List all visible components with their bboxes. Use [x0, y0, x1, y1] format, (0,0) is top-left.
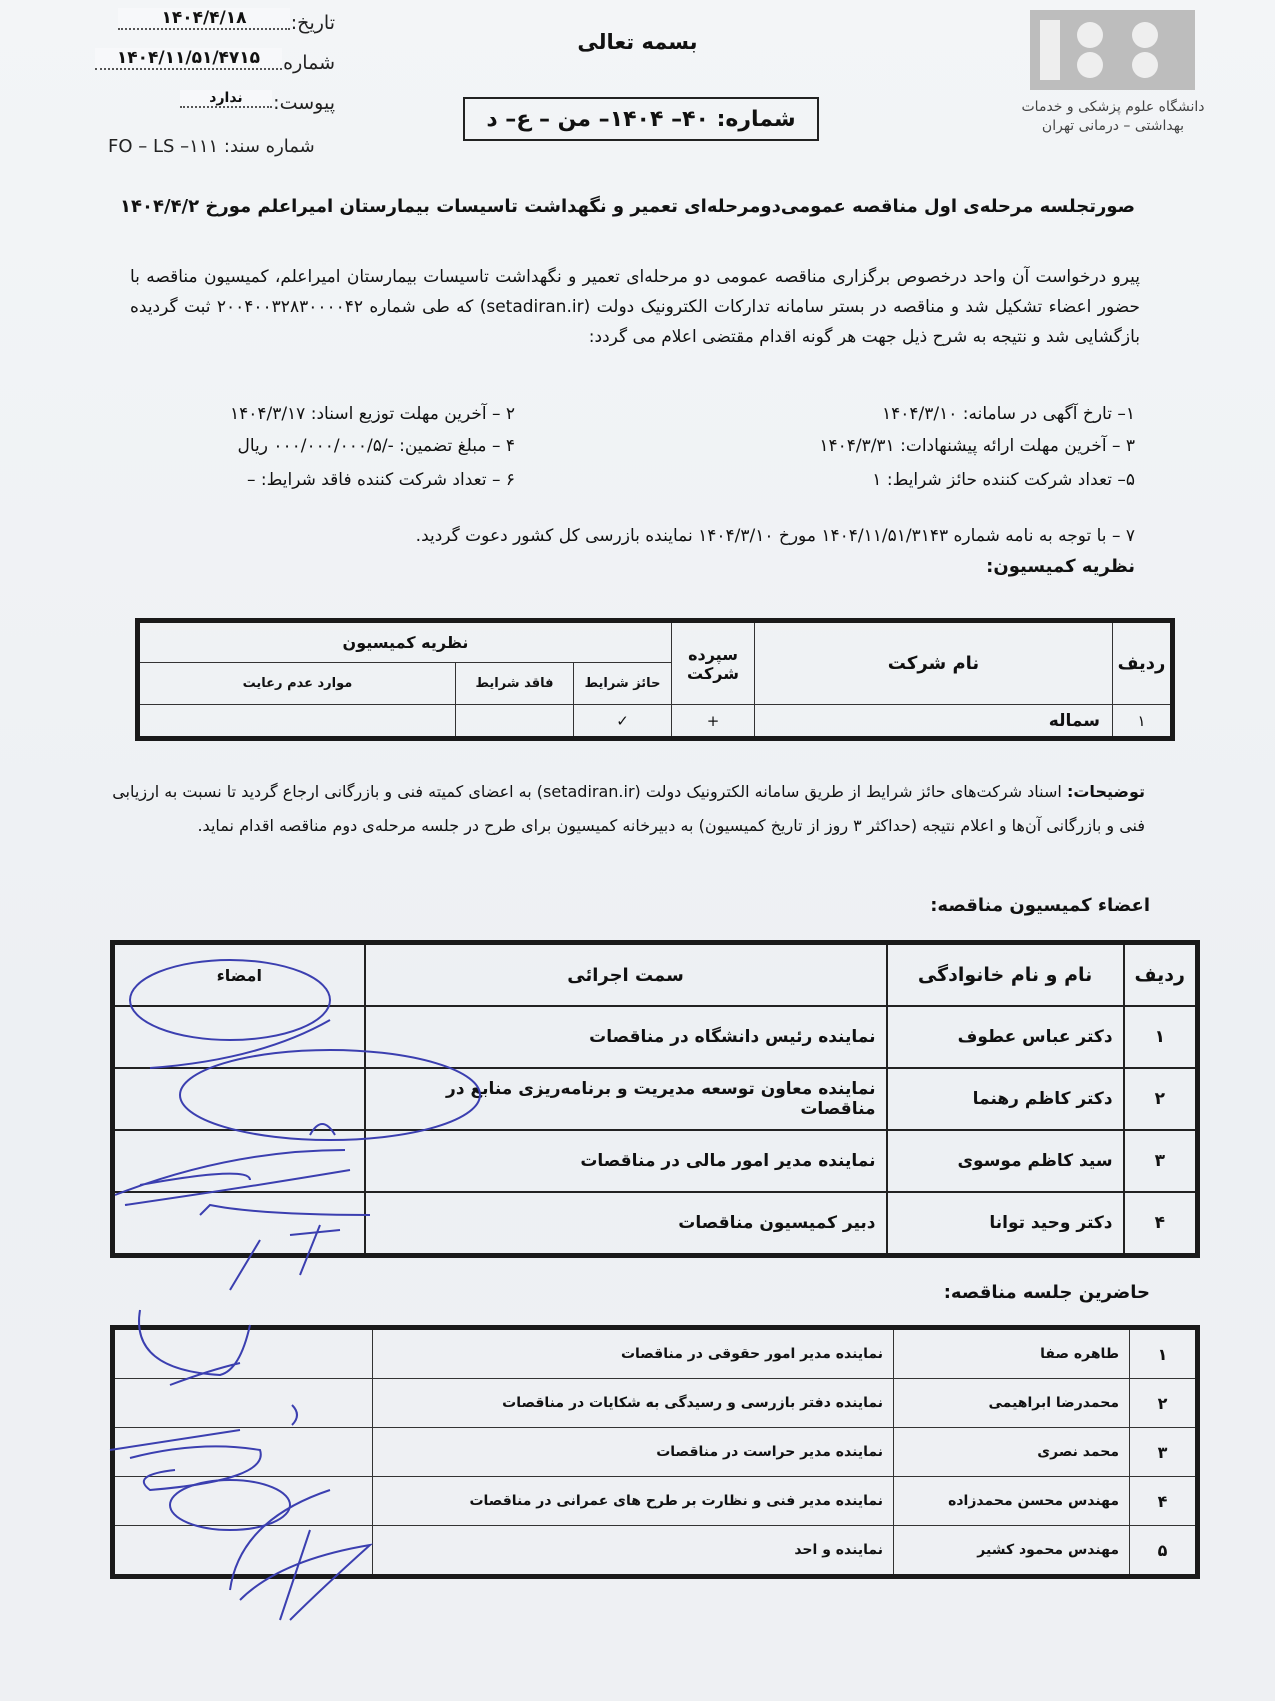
cell-unqualified: [456, 705, 574, 739]
col-noncompliance: موارد عدم رعایت: [138, 663, 456, 705]
cell-role: نماینده مدیر حراست در مناقصات: [373, 1428, 894, 1477]
col-unqualified: فاقد شرایط: [456, 663, 574, 705]
item-4: ۴ – مبلغ تضمین: -/۰۰۰/۰۰۰/۰۰۰/۵ ریال: [237, 436, 515, 456]
cell-row: ۳: [1130, 1428, 1198, 1477]
reference-number-box: شماره: ۴۰– ۱۴۰۴– من – ع– د: [463, 97, 819, 141]
item-3: ۳ – آخرین مهلت ارائه پیشنهادات: ۱۴۰۴/۳/۳…: [819, 436, 1135, 456]
cell-row: ۱: [1124, 1006, 1198, 1068]
table-row: ۲ محمدرضا ابراهیمی نماینده دفتر بازرسی و…: [113, 1379, 1198, 1428]
table-row: ۲ دکتر کاظم رهنما نماینده معاون توسعه مد…: [113, 1068, 1198, 1130]
cell-signature: [113, 1428, 373, 1477]
col-name: نام و نام خانوادگی: [887, 943, 1124, 1007]
cell-signature: [113, 1526, 373, 1577]
table-row: ۱ سماله + ✓: [138, 705, 1173, 739]
cell-role: نماینده دفتر بازرسی و رسیدگی به شکایات د…: [373, 1379, 894, 1428]
cell-name: مهندس محمود کشیر: [894, 1526, 1130, 1577]
cell-name: دکتر عباس عطوف: [887, 1006, 1124, 1068]
bids-table: ردیف نام شرکت سپرده شرکت نظریه کمیسیون ح…: [135, 618, 1175, 741]
cell-role: نماینده رئیس دانشگاه در مناقصات: [365, 1006, 887, 1068]
cell-signature: [113, 1328, 373, 1379]
cell-row: ۲: [1130, 1379, 1198, 1428]
cell-row: ۴: [1130, 1477, 1198, 1526]
cell-qualified: ✓: [574, 705, 672, 739]
document-title: صورتجلسه مرحله‌ی اول مناقصه عمومی‌دومرحل…: [120, 196, 1135, 217]
col-row: ردیف: [1113, 621, 1173, 705]
university-logo-icon: [1030, 10, 1195, 90]
cell-deposit: +: [672, 705, 755, 739]
item-1: ۱– تارخ آگهی در سامانه: ۱۴۰۴/۳/۱۰: [882, 404, 1135, 424]
university-name-line2: بهداشتی – درمانی تهران: [1013, 118, 1213, 134]
cell-row: ۴: [1124, 1192, 1198, 1256]
cell-role: نماینده و احد: [373, 1526, 894, 1577]
attachment-label: پیوست:: [273, 92, 335, 114]
notes-text: اسناد شرکت‌های حائز شرایط از طریق سامانه…: [112, 782, 1145, 835]
commission-opinion-heading: نظریه کمیسیون:: [986, 556, 1135, 577]
cell-role: نماینده مدیر فنی و نظارت بر طرح های عمرا…: [373, 1477, 894, 1526]
col-role: سمت اجرائی: [365, 943, 887, 1007]
attendees-heading: حاضرین جلسه مناقصه:: [944, 1282, 1150, 1303]
table-row: ۴ مهندس محسن محمدزاده نماینده مدیر فنی و…: [113, 1477, 1198, 1526]
members-table: ردیف نام و نام خانوادگی سمت اجرائی امضاء…: [110, 940, 1200, 1258]
table-row: ۱ دکتر عباس عطوف نماینده رئیس دانشگاه در…: [113, 1006, 1198, 1068]
item-7: ۷ – با توجه به نامه شماره ۱۴۰۴/۱۱/۵۱/۳۱۴…: [416, 526, 1135, 546]
table-row: ۱ طاهره صفا نماینده مدیر امور حقوقی در م…: [113, 1328, 1198, 1379]
university-name-line1: دانشگاه علوم پزشکی و خدمات: [1013, 99, 1213, 115]
intro-paragraph: پیرو درخواست آن واحد درخصوص برگزاری مناق…: [130, 262, 1140, 352]
document-page: تاریخ: ۱۴۰۴/۴/۱۸ شماره : ۱۴۰۴/۱۱/۵۱/۴۷۱۵…: [0, 0, 1275, 1701]
cell-row: ۵: [1130, 1526, 1198, 1577]
cell-row: ۱: [1130, 1328, 1198, 1379]
notes-label: توضیحات:: [1067, 782, 1145, 801]
attachment-field: پیوست:: [273, 92, 335, 114]
cell-signature: [113, 1379, 373, 1428]
table-row: ۳ سید کاظم موسوی نماینده مدیر امور مالی …: [113, 1130, 1198, 1192]
table-row: ۴ دکتر وحید توانا دبیر کمیسیون مناقصات: [113, 1192, 1198, 1256]
attendees-table: ۱ طاهره صفا نماینده مدیر امور حقوقی در م…: [110, 1325, 1200, 1579]
item-6: ۶ – تعداد شرکت کننده فاقد شرایط: –: [247, 470, 515, 490]
col-row: ردیف: [1124, 943, 1198, 1007]
table-row: ۵ مهندس محمود کشیر نماینده و احد: [113, 1526, 1198, 1577]
col-opinion: نظریه کمیسیون: [138, 621, 672, 663]
cell-signature: [113, 1006, 365, 1068]
cell-row: ۲: [1124, 1068, 1198, 1130]
table-row: ۳ محمد نصری نماینده مدیر حراست در مناقصا…: [113, 1428, 1198, 1477]
col-qualified: حائز شرایط: [574, 663, 672, 705]
date-value: ۱۴۰۴/۴/۱۸: [118, 8, 290, 30]
cell-row: ۱: [1113, 705, 1173, 739]
document-code: شماره سند: ۱۱۱– FO – LS: [108, 136, 315, 157]
cell-role: نماینده مدیر امور حقوقی در مناقصات: [373, 1328, 894, 1379]
cell-name: محمد نصری: [894, 1428, 1130, 1477]
cell-name: سید کاظم موسوی: [887, 1130, 1124, 1192]
cell-company: سماله: [755, 705, 1113, 739]
col-deposit: سپرده شرکت: [672, 621, 755, 705]
attachment-value: ندارد: [180, 90, 272, 108]
item-5: ۵– تعداد شرکت کننده حائز شرایط: ۱: [872, 470, 1135, 490]
cell-name: محمدرضا ابراهیمی: [894, 1379, 1130, 1428]
cell-signature: [113, 1130, 365, 1192]
col-company: نام شرکت: [755, 621, 1113, 705]
cell-role: نماینده معاون توسعه مدیریت و برنامه‌ریزی…: [365, 1068, 887, 1130]
cell-name: طاهره صفا: [894, 1328, 1130, 1379]
cell-signature: [113, 1068, 365, 1130]
cell-role: دبیر کمیسیون مناقصات: [365, 1192, 887, 1256]
cell-signature: [113, 1477, 373, 1526]
cell-row: ۳: [1124, 1130, 1198, 1192]
item-2: ۲ – آخرین مهلت توزیع اسناد: ۱۴۰۴/۳/۱۷: [230, 404, 515, 424]
cell-name: دکتر وحید توانا: [887, 1192, 1124, 1256]
cell-signature: [113, 1192, 365, 1256]
cell-role: نماینده مدیر امور مالی در مناقصات: [365, 1130, 887, 1192]
cell-name: مهندس محسن محمدزاده: [894, 1477, 1130, 1526]
cell-noncompliance: [138, 705, 456, 739]
cell-name: دکتر کاظم رهنما: [887, 1068, 1124, 1130]
notes-section: توضیحات: اسناد شرکت‌های حائز شرایط از طر…: [105, 775, 1145, 843]
members-heading: اعضاء کمیسیون مناقصه:: [930, 895, 1150, 916]
col-signature: امضاء: [113, 943, 365, 1007]
